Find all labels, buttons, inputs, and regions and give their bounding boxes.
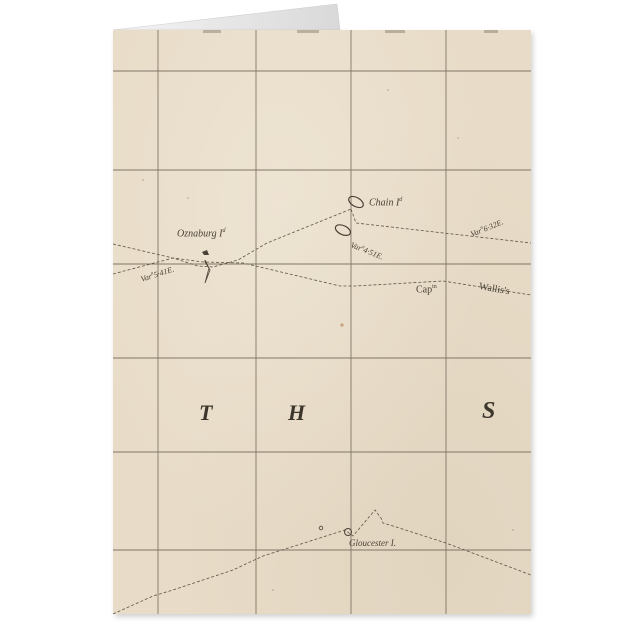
region-letter-s: S [482,398,495,425]
region-letter-t: T [199,400,212,426]
oznaburg-island-label: Oznaburg Id [177,228,225,239]
route-prefix-label: Captn [416,284,437,295]
chain-island-label: Chain Id [369,197,402,208]
card-front: Oznaburg Id Chain Id Gloucester I. Varn5… [113,30,531,614]
map-grid [113,30,531,614]
gloucester-island-label: Gloucester I. [349,538,396,548]
region-letter-h: H [288,400,305,426]
card-mockup: Oznaburg Id Chain Id Gloucester I. Varn5… [0,0,644,644]
region-letter-partial: | [113,400,114,426]
